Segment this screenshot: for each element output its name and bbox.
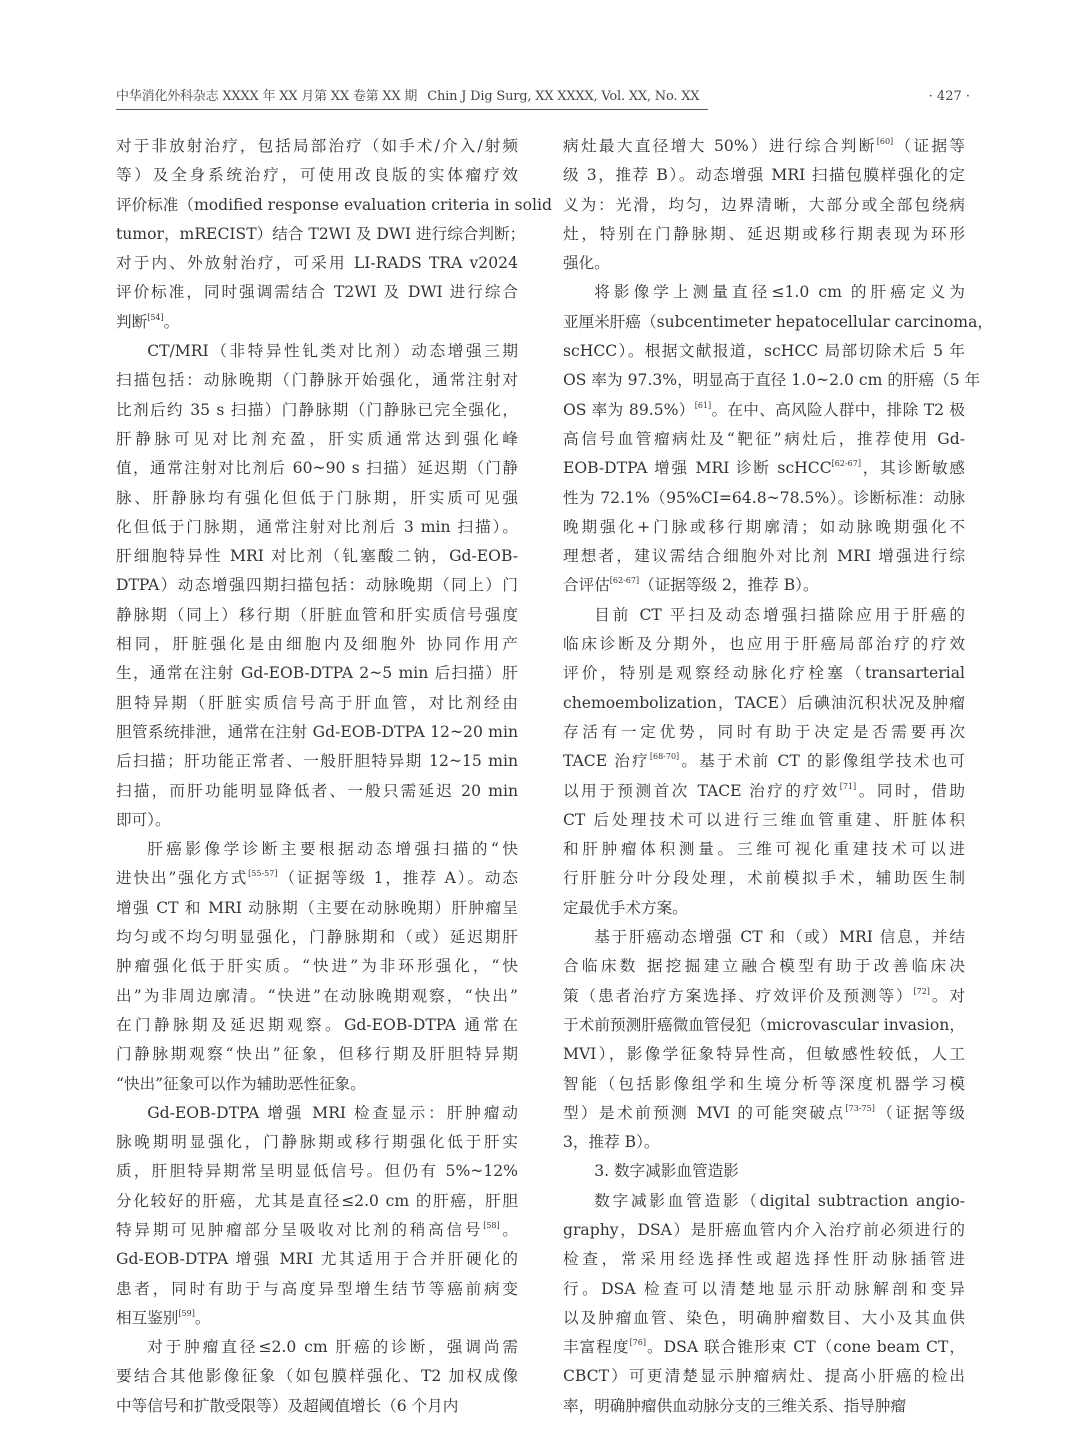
- text-line: 亚厘米肝癌（subcentimeter hepatocellular carci…: [563, 308, 965, 337]
- citation-ref[interactable]: [59]: [178, 1309, 194, 1318]
- text-line: 率，明确肿瘤供血动脉分支的三维关系、指导肿瘤: [563, 1392, 965, 1421]
- text-line: MVI），影像学征象特异性高，但敏感性较低，人工: [563, 1040, 965, 1069]
- text-line: 3，推荐 B）。: [563, 1128, 965, 1157]
- paragraph: 将影像学上测量直径≤1.0 cm 的肝癌定义为亚厘米肝癌（subcentimet…: [563, 278, 965, 600]
- text-line: 和肝肿瘤体积测量。三维可视化重建技术可以进: [563, 835, 965, 864]
- text-line: OS 率为 89.5%）[61]。在中、高风险人群中，排除 T2 极: [563, 396, 965, 425]
- text-line: 合评估[62-67]（证据等级 2，推荐 B）。: [563, 571, 965, 600]
- text-line: 脉晚期明显强化，门静脉期或移行期强化低于肝实: [116, 1128, 518, 1157]
- journal-title-cn: 中华消化外科杂志 XXXX 年 XX 月第 XX 卷第 XX 期: [116, 89, 417, 104]
- text-line: 对于内、外放射治疗，可采用 LI-RADS TRA v2024: [116, 249, 518, 278]
- running-header: 中华消化外科杂志 XXXX 年 XX 月第 XX 卷第 XX 期Chin J D…: [116, 88, 976, 110]
- citation-ref[interactable]: [62-67]: [610, 576, 639, 585]
- text-line: DTPA）动态增强四期扫描包括：动脉晚期（同上）门: [116, 571, 518, 600]
- text-line: Gd-EOB-DTPA 增强 MRI 尤其适用于合并肝硬化的: [116, 1245, 518, 1274]
- text-line: 增强 CT 和 MRI 动脉期（主要在动脉晚期）肝肿瘤呈: [116, 894, 518, 923]
- text-line: 型）是术前预测 MVI 的可能突破点[73-75]（证据等级: [563, 1099, 965, 1128]
- text-line: 对于肿瘤直径≤2.0 cm 肝癌的诊断，强调尚需: [116, 1333, 518, 1362]
- text-line: 临床诊断及分期外，也应用于肝癌局部治疗的疗效: [563, 630, 965, 659]
- text-line: 以用于预测首次 TACE 治疗的疗效[71]。同时，借助: [563, 777, 965, 806]
- text-line: 将影像学上测量直径≤1.0 cm 的肝癌定义为: [563, 278, 965, 307]
- text-line: 评价标准，同时强调需结合 T2WI 及 DWI 进行综合: [116, 278, 518, 307]
- citation-ref[interactable]: [62-67]: [832, 459, 861, 468]
- text-line: 存活有一定优势，同时有助于决定是否需要再次: [563, 718, 965, 747]
- journal-title-en: Chin J Dig Surg, XX XXXX, Vol. XX, No. X…: [427, 89, 699, 104]
- text-line: 检查，常采用经选择性或超选择性肝动脉插管进: [563, 1245, 965, 1274]
- paragraph: Gd-EOB-DTPA 增强 MRI 检查显示：肝肿瘤动脉晚期明显强化，门静脉期…: [116, 1099, 518, 1333]
- text-line: 中等信号和扩散受限等）及超阈值增长（6 个月内: [116, 1392, 518, 1421]
- text-line: CT/MRI（非特异性钆类对比剂）动态增强三期: [116, 337, 518, 366]
- text-line: 比剂后约 35 s 扫描）门静脉期（门静脉已完全强化，: [116, 396, 518, 425]
- text-line: 定最优手术方案。: [563, 894, 965, 923]
- paragraph: 对于肿瘤直径≤2.0 cm 肝癌的诊断，强调尚需要结合其他影像征象（如包膜样强化…: [116, 1333, 518, 1421]
- page-number: · 427 ·: [929, 88, 970, 106]
- text-line: 分化较好的肝癌，尤其是直径≤2.0 cm 的肝癌，肝胆: [116, 1187, 518, 1216]
- text-line: OS 率为 97.3%，明显高于直径 1.0~2.0 cm 的肝癌（5 年: [563, 366, 965, 395]
- citation-ref[interactable]: [71]: [840, 782, 856, 791]
- text-line: 策（患者治疗方案选择、疗效评价及预测等）[72]。对: [563, 982, 965, 1011]
- text-line: 病灶最大直径增大 50%）进行综合判断[60]（证据等: [563, 132, 965, 161]
- text-line: “快出”征象可以作为辅助恶性征象。: [116, 1070, 518, 1099]
- text-line: 基于肝癌动态增强 CT 和（或）MRI 信息，并结: [563, 923, 965, 952]
- text-line: 肿瘤强化低于肝实质。“快进”为非环形强化，“快: [116, 952, 518, 981]
- text-line: 生，通常在注射 Gd-EOB-DTPA 2~5 min 后扫描）肝: [116, 659, 518, 688]
- text-line: tumor，mRECIST）结合 T2WI 及 DWI 进行综合判断；: [116, 220, 518, 249]
- text-line: 强化。: [563, 249, 965, 278]
- citation-ref[interactable]: [72]: [914, 987, 930, 996]
- paragraph: CT/MRI（非特异性钆类对比剂）动态增强三期扫描包括：动脉晚期（门静脉开始强化…: [116, 337, 518, 835]
- paragraph: 肝癌影像学诊断主要根据动态增强扫描的“快进快出”强化方式[55-57]（证据等级…: [116, 835, 518, 1099]
- text-line: 即可）。: [116, 806, 518, 835]
- text-line: scHCC）。根据文献报道，scHCC 局部切除术后 5 年: [563, 337, 965, 366]
- paragraph: 对于非放射治疗，包括局部治疗（如手术/介入/射频等）及全身系统治疗，可使用改良版…: [116, 132, 518, 337]
- text-line: CBCT）可更清楚显示肿瘤病灶、提高小肝癌的检出: [563, 1362, 965, 1391]
- text-line: 均匀或不均匀明显强化，门静脉期和（或）延迟期肝: [116, 923, 518, 952]
- text-line: 质，肝胆特异期常呈明显低信号。但仍有 5%~12%: [116, 1157, 518, 1186]
- journal-citation: 中华消化外科杂志 XXXX 年 XX 月第 XX 卷第 XX 期Chin J D…: [116, 88, 708, 110]
- citation-ref[interactable]: [76]: [630, 1338, 646, 1347]
- text-line: 出”为非周边廓清。“快进”在动脉晚期观察，“快出”: [116, 982, 518, 1011]
- text-line: 等）及全身系统治疗，可使用改良版的实体瘤疗效: [116, 161, 518, 190]
- section-heading: 3. 数字减影血管造影: [563, 1157, 965, 1186]
- text-line: 相互鉴别[59]。: [116, 1304, 518, 1333]
- paragraph: 目前 CT 平扫及动态增强扫描除应用于肝癌的临床诊断及分期外，也应用于肝癌局部治…: [563, 601, 965, 923]
- paragraph: 数字减影血管造影（digital subtraction angio-graph…: [563, 1187, 965, 1421]
- text-line: 丰富程度[76]。DSA 联合锥形束 CT（cone beam CT，: [563, 1333, 965, 1362]
- text-line: 晚期强化+门脉或移行期廓清；如动脉晚期强化不: [563, 513, 965, 542]
- text-line: 门静脉期观察“快出”征象，但移行期及肝胆特异期: [116, 1040, 518, 1069]
- text-line: 评价标准（modified response evaluation criter…: [116, 191, 518, 220]
- text-line: 性为 72.1%（95%CI=64.8~78.5%）。诊断标准：动脉: [563, 484, 965, 513]
- citation-ref[interactable]: [58]: [483, 1221, 499, 1230]
- text-line: 胆管系统排泄，通常在注射 Gd-EOB-DTPA 12~20 min: [116, 718, 518, 747]
- text-line: 胆特异期（肝脏实质信号高于肝血管，对比剂经由: [116, 689, 518, 718]
- text-line: 级 3，推荐 B）。动态增强 MRI 扫描包膜样强化的定: [563, 161, 965, 190]
- citation-ref[interactable]: [60]: [877, 137, 893, 146]
- left-column: 对于非放射治疗，包括局部治疗（如手术/介入/射频等）及全身系统治疗，可使用改良版…: [116, 132, 518, 1421]
- text-line: CT 后处理技术可以进行三维血管重建、肝脏体积: [563, 806, 965, 835]
- text-line: 化但低于门脉期，通常注射对比剂后 3 min 扫描）。: [116, 513, 518, 542]
- text-line: 数字减影血管造影（digital subtraction angio-: [563, 1187, 965, 1216]
- text-line: 理想者，建议需结合细胞外对比剂 MRI 增强进行综: [563, 542, 965, 571]
- text-line: 相同，肝脏强化是由细胞内及细胞外 协同作用产: [116, 630, 518, 659]
- text-line: 肝静脉可见对比剂充盈，肝实质通常达到强化峰: [116, 425, 518, 454]
- text-line: 要结合其他影像征象（如包膜样强化、T2 加权成像: [116, 1362, 518, 1391]
- text-line: 判断[54]。: [116, 308, 518, 337]
- text-line: 高信号血管瘤病灶及“靶征”病灶后，推荐使用 Gd-: [563, 425, 965, 454]
- text-line: 3. 数字减影血管造影: [563, 1157, 965, 1186]
- text-line: 值，通常注射对比剂后 60~90 s 扫描）延迟期（门静: [116, 454, 518, 483]
- text-line: 进快出”强化方式[55-57]（证据等级 1，推荐 A）。动态: [116, 864, 518, 893]
- citation-ref[interactable]: [55-57]: [248, 869, 277, 878]
- text-line: 智能（包括影像组学和生境分析等深度机器学习模: [563, 1070, 965, 1099]
- text-line: 后扫描；肝功能正常者、一般肝胆特异期 12~15 min: [116, 747, 518, 776]
- text-line: 患者，同时有助于与高度异型增生结节等癌前病变: [116, 1275, 518, 1304]
- text-line: 扫描，而肝功能明显降低者、一般只需延迟 20 min: [116, 777, 518, 806]
- text-line: graphy，DSA）是肝癌血管内介入治疗前必须进行的: [563, 1216, 965, 1245]
- text-line: chemoembolization，TACE）后碘油沉积状况及肿瘤: [563, 689, 965, 718]
- text-line: 灶，特别在门静脉期、延迟期或移行期表现为环形: [563, 220, 965, 249]
- citation-ref[interactable]: [68-70]: [650, 752, 679, 761]
- paragraph: 病灶最大直径增大 50%）进行综合判断[60]（证据等级 3，推荐 B）。动态增…: [563, 132, 965, 278]
- text-line: 对于非放射治疗，包括局部治疗（如手术/介入/射频: [116, 132, 518, 161]
- right-column: 病灶最大直径增大 50%）进行综合判断[60]（证据等级 3，推荐 B）。动态增…: [563, 132, 965, 1421]
- text-line: 以及肿瘤血管、染色，明确肿瘤数目、大小及其血供: [563, 1304, 965, 1333]
- text-line: EOB-DTPA 增强 MRI 诊断 scHCC[62-67]，其诊断敏感: [563, 454, 965, 483]
- text-line: 肝细胞特异性 MRI 对比剂（钆塞酸二钠，Gd-EOB-: [116, 542, 518, 571]
- text-line: 肝癌影像学诊断主要根据动态增强扫描的“快: [116, 835, 518, 864]
- text-line: 在门静脉期及延迟期观察。Gd-EOB-DTPA 通常在: [116, 1011, 518, 1040]
- text-line: 于术前预测肝癌微血管侵犯（microvascular invasion，: [563, 1011, 965, 1040]
- text-line: 行肝脏分叶分段处理，术前模拟手术，辅助医生制: [563, 864, 965, 893]
- paragraph: 基于肝癌动态增强 CT 和（或）MRI 信息，并结合临床数 据挖掘建立融合模型有…: [563, 923, 965, 1157]
- text-line: 扫描包括：动脉晚期（门静脉开始强化，通常注射对: [116, 366, 518, 395]
- text-line: 静脉期（同上）移行期（肝脏血管和肝实质信号强度: [116, 601, 518, 630]
- text-line: 义为：光滑，均匀，边界清晰，大部分或全部包绕病: [563, 191, 965, 220]
- text-line: 特异期可见肿瘤部分呈吸收对比剂的稍高信号[58]。: [116, 1216, 518, 1245]
- text-line: TACE 治疗[68-70]。基于术前 CT 的影像组学技术也可: [563, 747, 965, 776]
- text-line: 评价，特别是观察经动脉化疗栓塞（transarterial: [563, 659, 965, 688]
- text-line: 脉、肝静脉均有强化但低于门脉期，肝实质可见强: [116, 484, 518, 513]
- citation-ref[interactable]: [54]: [147, 313, 163, 322]
- citation-ref[interactable]: [73-75]: [846, 1104, 875, 1113]
- text-line: 行。DSA 检查可以清楚地显示肝动脉解剖和变异: [563, 1275, 965, 1304]
- text-line: 目前 CT 平扫及动态增强扫描除应用于肝癌的: [563, 601, 965, 630]
- text-line: 合临床数 据挖掘建立融合模型有助于改善临床决: [563, 952, 965, 981]
- citation-ref[interactable]: [61]: [695, 401, 711, 410]
- text-line: Gd-EOB-DTPA 增强 MRI 检查显示：肝肿瘤动: [116, 1099, 518, 1128]
